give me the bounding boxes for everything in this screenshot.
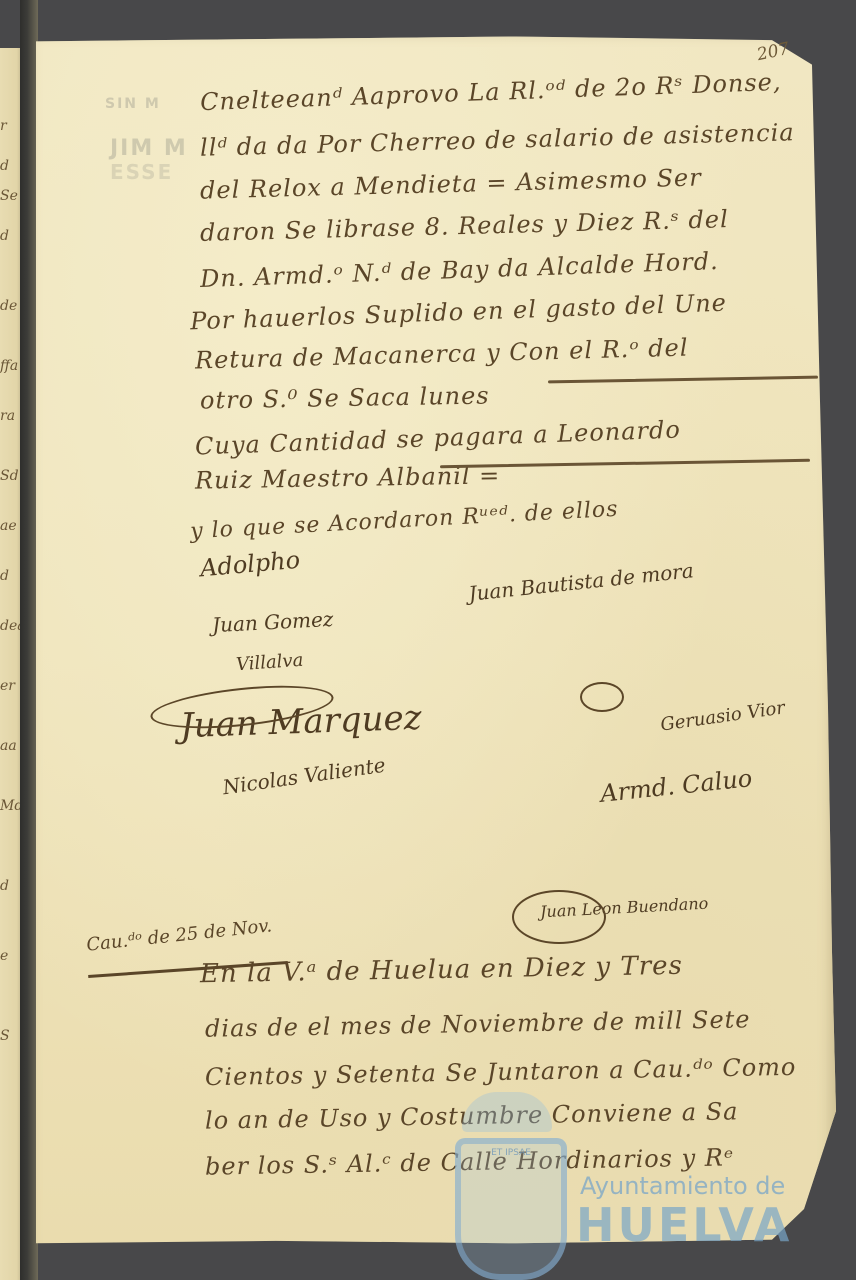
- shield-motto: ET IPSAE: [461, 1148, 561, 1158]
- watermark-text-line2: HUELVA: [576, 1198, 792, 1252]
- text-line: otro S.⁰ Se Saca lunes: [200, 381, 490, 414]
- binding-gutter: [20, 0, 38, 1280]
- signature-flourish: [580, 682, 624, 712]
- bleed-through-stamp: ESSE: [110, 160, 173, 184]
- signature-flourish: [512, 890, 606, 944]
- watermark-coat-of-arms-icon: ET IPSAE: [455, 1138, 567, 1280]
- bleed-through-stamp: JIM M: [110, 136, 188, 161]
- watermark-text-line1: Ayuntamiento de: [580, 1172, 785, 1200]
- bleed-through-stamp: SIN M: [105, 96, 161, 112]
